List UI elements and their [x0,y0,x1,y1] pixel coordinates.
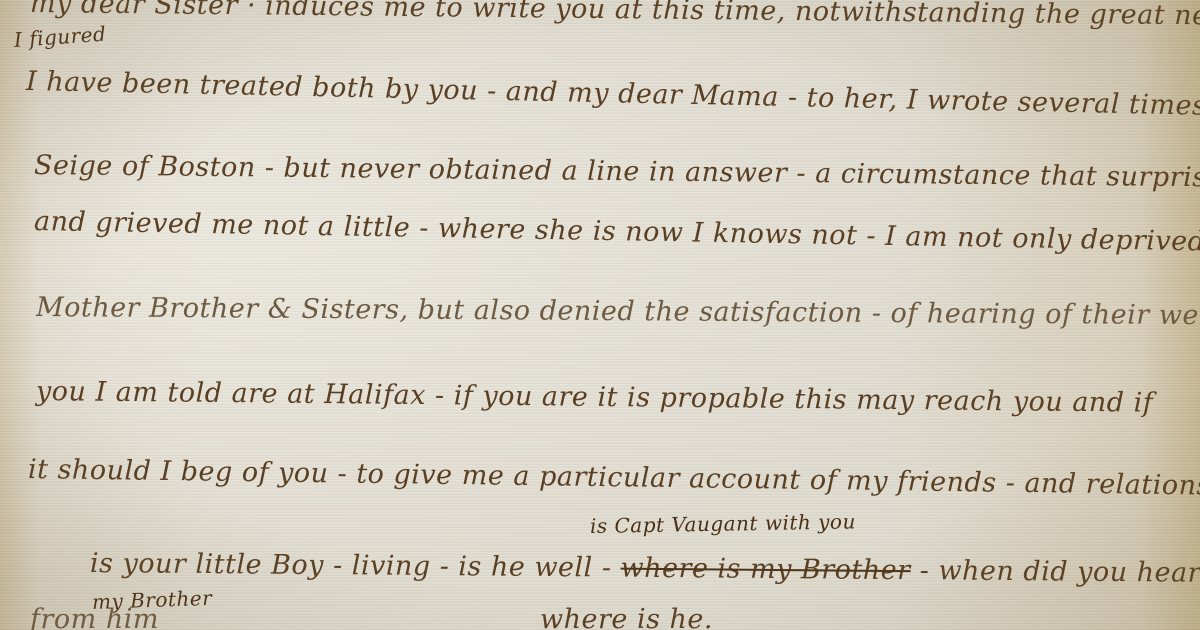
letter-line-2: I have been treated both by you - and my… [26,66,1200,125]
margin-insertion: I figured [13,22,107,52]
letter-line-5: Mother Brother & Sisters, but also denie… [36,292,1200,332]
interlinear-insertion-capt: is Capt Vaugant with you [590,509,856,538]
line-8-continuation: - when did you hear [920,555,1200,588]
line-8-text: is your little Boy - living - is he well… [90,548,612,584]
letter-line-1: my dear Sister · induces me to write you… [30,0,1200,34]
struck-out-text: where is my Brother [620,553,910,587]
letter-line-6: you I am told are at Halifax - if you ar… [36,376,1154,419]
letter-line-9: from him [30,604,159,630]
interlinear-insertion-where: where is he. [540,604,713,630]
letter-line-7: it should I beg of you - to give me a pa… [28,454,1200,502]
letter-line-4: and grieved me not a little - where she … [34,206,1200,260]
letter-page: my dear Sister · induces me to write you… [0,0,1200,630]
letter-line-8: is your little Boy - living - is he well… [90,548,1200,589]
letter-line-3: Seige of Boston - but never obtained a l… [34,150,1200,194]
